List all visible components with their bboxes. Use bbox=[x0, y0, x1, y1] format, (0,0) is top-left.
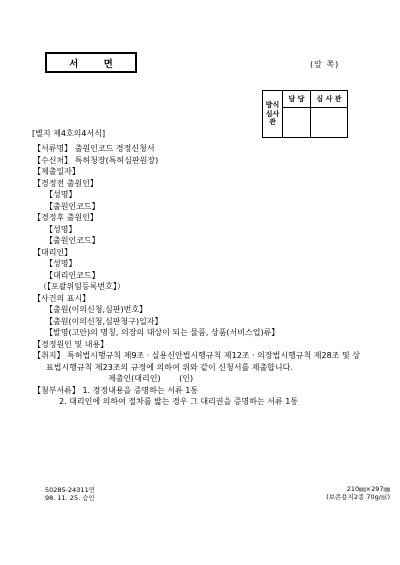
signature-cell-simsagwan bbox=[311, 108, 348, 138]
form-line-document-name: 【서류명】 출원인코드 경정신청서 bbox=[33, 143, 378, 155]
form-line-applicant-after: 【경정후 출원인】 bbox=[33, 212, 378, 224]
form-line-correction-cause: 【경정원인 및 내용】 bbox=[33, 339, 378, 351]
form-body: 【서류명】 출원인코드 경정신청서 【수신처】 특허청장(특허심판원장) 【제출… bbox=[33, 143, 378, 408]
form-line-name: 【성명】 bbox=[33, 189, 378, 201]
form-line-applicant-before: 【경정전 출원인】 bbox=[33, 178, 378, 190]
submitter-label: 제출인(대리인) bbox=[108, 374, 161, 383]
examiner-review-table: 방식심사관 담 당 심 사 관 bbox=[262, 90, 348, 138]
title-box: 서 면 bbox=[45, 52, 137, 73]
form-line-power-of-attorney-number: （【포괄위임등록번호】） bbox=[33, 281, 378, 293]
footer-left: 50285-24311민 98. 11. 25. 승인 bbox=[45, 486, 95, 502]
footer-form-code: 50285-24311민 bbox=[45, 486, 95, 494]
form-line-invention-title: 【발명(고안)의 명칭, 의장의 대상이 되는 물품, 상품(서비스업)류】 bbox=[33, 327, 378, 339]
form-line-application-date: 【출원(이의신청,심판청구)일자】 bbox=[33, 316, 378, 328]
footer-paper-spec: (보존용지2종 70g/㎡) bbox=[326, 493, 390, 501]
form-line-agent-code: 【대리인코드】 bbox=[33, 270, 378, 282]
form-line-name: 【성명】 bbox=[33, 258, 378, 270]
seal-placeholder: (인) bbox=[179, 374, 193, 383]
form-line-submission-date: 【제출일자】 bbox=[33, 166, 378, 178]
header-cell-simsagwan: 심 사 관 bbox=[311, 91, 348, 108]
document-page: 서 면 (앞 쪽) 방식심사관 담 당 심 사 관 [별지 제4호의4서식] 【… bbox=[0, 0, 400, 565]
form-reference: [별지 제4호의4서식] bbox=[32, 128, 105, 139]
signature-cell-damdang bbox=[283, 108, 311, 138]
header-cell-damdang: 담 당 bbox=[283, 91, 311, 108]
submitter-line: 제출인(대리인) (인) bbox=[33, 373, 378, 385]
footer-paper-size: 210㎜×297㎜ bbox=[326, 485, 390, 493]
page-title: 서 면 bbox=[69, 56, 113, 70]
form-line-name: 【성명】 bbox=[33, 224, 378, 236]
front-side-note: (앞 쪽) bbox=[310, 59, 339, 70]
form-line-case-indication: 【사건의 표시】 bbox=[33, 293, 378, 305]
form-line-agent: 【대리인】 bbox=[33, 247, 378, 259]
form-line-application-number: 【출원(이의신청,심판)번호】 bbox=[33, 304, 378, 316]
footer-approval-date: 98. 11. 25. 승인 bbox=[45, 494, 95, 502]
form-line-applicant-code: 【출원인코드】 bbox=[33, 201, 378, 213]
form-line-attachments: 【첨부서류】 1. 경정내용을 증명하는 서류 1통 bbox=[33, 385, 378, 397]
form-line-applicant-code: 【출원인코드】 bbox=[33, 235, 378, 247]
form-line-recipient: 【수신처】 특허청장(특허심판원장) bbox=[33, 155, 378, 167]
form-line-attachments-2: 2. 대리인에 의하여 절차를 밟는 경우 그 대리권을 증명하는 서류 1통 bbox=[33, 396, 378, 408]
footer-right: 210㎜×297㎜ (보존용지2종 70g/㎡) bbox=[326, 485, 390, 501]
examiner-vertical-label: 방식심사관 bbox=[263, 91, 283, 138]
form-line-purpose: 【취지】 특허법시행규칙 제9조 · 실용신안법시행규칙 제12조 · 의장법시… bbox=[33, 350, 378, 362]
form-line-purpose-continued: 표법시행규칙 제23조의 규정에 의하여 위와 같이 신청서를 제출합니다. bbox=[33, 362, 378, 374]
